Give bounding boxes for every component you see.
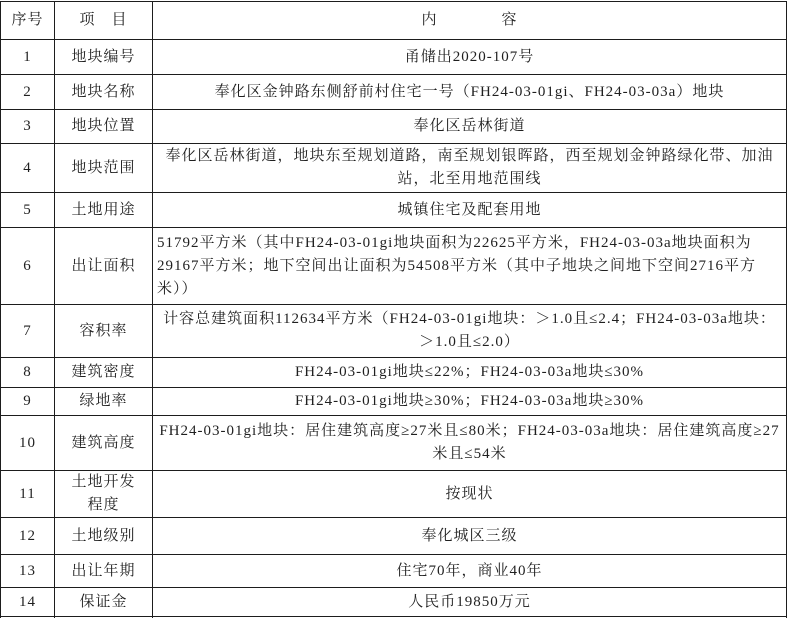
table-body: 1地块编号甬储出2020-107号2地块名称奉化区金钟路东侧舒前村住宅一号（FH… (1, 40, 787, 618)
row-number-cell: 4 (1, 144, 55, 193)
row-number-cell: 14 (1, 588, 55, 617)
row-item-cell: 土地级别 (55, 518, 153, 555)
row-content-cell: FH24-03-01gi地块：居住建筑高度≥27米且≤80米；FH24-03-0… (153, 416, 787, 471)
table-row: 9绿地率FH24-03-01gi地块≥30%；FH24-03-03a地块≥30% (1, 388, 787, 416)
row-number-cell: 10 (1, 416, 55, 471)
table-row: 7容积率计容总建筑面积112634平方米（FH24-03-01gi地块：＞1.0… (1, 305, 787, 358)
row-number-cell: 2 (1, 75, 55, 110)
row-number-cell: 5 (1, 193, 55, 228)
row-content-cell: 奉化区岳林街道 (153, 110, 787, 144)
row-content-cell: 按现状 (153, 471, 787, 518)
row-number-cell: 6 (1, 228, 55, 305)
row-content-cell: FH24-03-01gi地块≥30%；FH24-03-03a地块≥30% (153, 388, 787, 416)
row-content-cell: 人民币19850万元 (153, 588, 787, 617)
table-row: 8建筑密度FH24-03-01gi地块≤22%；FH24-03-03a地块≤30… (1, 358, 787, 388)
row-item-cell: 土地开发程度 (55, 471, 153, 518)
row-item-cell: 地块范围 (55, 144, 153, 193)
row-content-cell: 51792平方米（其中FH24-03-01gi地块面积为22625平方米，FH2… (153, 228, 787, 305)
header-item: 项 目 (55, 2, 153, 40)
row-number-cell: 3 (1, 110, 55, 144)
row-content-cell: 计容总建筑面积112634平方米（FH24-03-01gi地块：＞1.0且≤2.… (153, 305, 787, 358)
row-number-cell: 9 (1, 388, 55, 416)
row-item-cell: 建筑高度 (55, 416, 153, 471)
table-row: 2地块名称奉化区金钟路东侧舒前村住宅一号（FH24-03-01gi、FH24-0… (1, 75, 787, 110)
row-item-cell: 保证金 (55, 588, 153, 617)
row-item-cell: 地块名称 (55, 75, 153, 110)
land-parcel-document: 序号 项 目 内 容 1地块编号甬储出2020-107号2地块名称奉化区金钟路东… (0, 0, 787, 618)
row-item-cell: 地块位置 (55, 110, 153, 144)
row-number-cell: 12 (1, 518, 55, 555)
row-number-cell: 7 (1, 305, 55, 358)
row-number-cell: 1 (1, 40, 55, 75)
row-content-cell: FH24-03-01gi地块≤22%；FH24-03-03a地块≤30% (153, 358, 787, 388)
row-number-cell: 13 (1, 555, 55, 588)
table-row: 14保证金人民币19850万元 (1, 588, 787, 617)
table-row: 13出让年期住宅70年，商业40年 (1, 555, 787, 588)
row-content-cell: 住宅70年，商业40年 (153, 555, 787, 588)
table-row: 3地块位置奉化区岳林街道 (1, 110, 787, 144)
table-row: 11土地开发程度按现状 (1, 471, 787, 518)
table-row: 12土地级别奉化城区三级 (1, 518, 787, 555)
header-row: 序号 项 目 内 容 (1, 2, 787, 40)
row-content-cell: 奉化区金钟路东侧舒前村住宅一号（FH24-03-01gi、FH24-03-03a… (153, 75, 787, 110)
row-item-cell: 地块编号 (55, 40, 153, 75)
row-item-cell: 容积率 (55, 305, 153, 358)
row-number-cell: 8 (1, 358, 55, 388)
row-item-cell: 出让面积 (55, 228, 153, 305)
row-item-cell: 绿地率 (55, 388, 153, 416)
header-content: 内 容 (153, 2, 787, 40)
row-item-cell: 出让年期 (55, 555, 153, 588)
table-row: 1地块编号甬储出2020-107号 (1, 40, 787, 75)
table-row: 5土地用途城镇住宅及配套用地 (1, 193, 787, 228)
table-header: 序号 项 目 内 容 (1, 2, 787, 40)
row-content-cell: 城镇住宅及配套用地 (153, 193, 787, 228)
row-item-cell: 土地用途 (55, 193, 153, 228)
row-content-cell: 奉化区岳林街道，地块东至规划道路，南至规划银晖路，西至规划金钟路绿化带、加油站，… (153, 144, 787, 193)
row-content-cell: 奉化城区三级 (153, 518, 787, 555)
header-no: 序号 (1, 2, 55, 40)
row-item-cell: 建筑密度 (55, 358, 153, 388)
table-row: 10建筑高度FH24-03-01gi地块：居住建筑高度≥27米且≤80米；FH2… (1, 416, 787, 471)
row-number-cell: 11 (1, 471, 55, 518)
table-row: 6出让面积51792平方米（其中FH24-03-01gi地块面积为22625平方… (1, 228, 787, 305)
row-content-cell: 甬储出2020-107号 (153, 40, 787, 75)
table-row: 4地块范围奉化区岳林街道，地块东至规划道路，南至规划银晖路，西至规划金钟路绿化带… (1, 144, 787, 193)
land-info-table: 序号 项 目 内 容 1地块编号甬储出2020-107号2地块名称奉化区金钟路东… (0, 1, 787, 618)
